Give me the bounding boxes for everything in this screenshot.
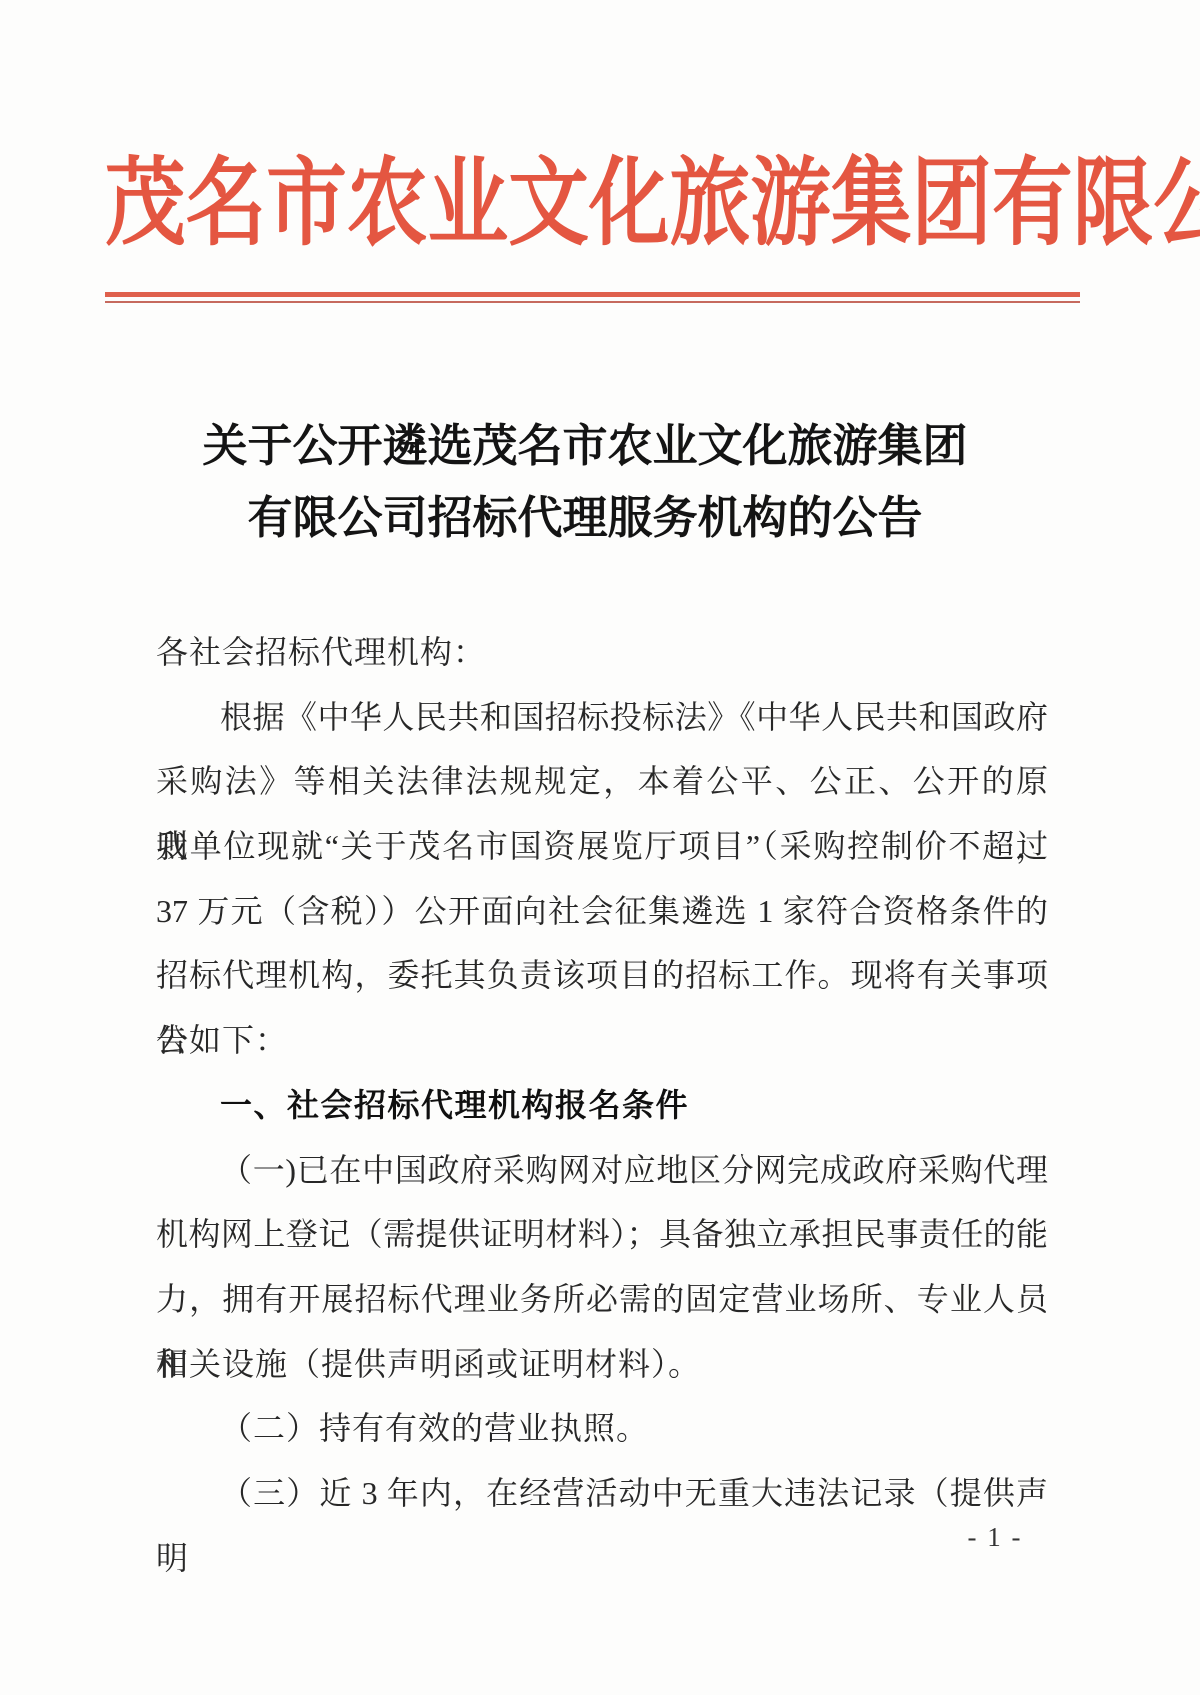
body-line: 招标代理机构，委托其负责该项目的招标工作。现将有关事项公 xyxy=(156,943,1048,1008)
body-line: 机构网上登记（需提供证明材料）；具备独立承担民事责任的能 xyxy=(156,1202,1048,1267)
page-number: - 1 - xyxy=(940,1522,1050,1553)
body-line: 37 万元（含税））公开面向社会征集遴选 1 家符合资格条件的 xyxy=(156,879,1048,944)
letterhead-rule-thick xyxy=(105,292,1080,297)
body-line: （三）近 3 年内，在经营活动中无重大违法记录（提供声明 xyxy=(156,1461,1048,1526)
title-line-1: 关于公开遴选茂名市农业文化旅游集团 xyxy=(0,410,1170,482)
body-line: （二）持有有效的营业执照。 xyxy=(156,1396,1048,1461)
body-line: 我单位现就“关于茂名市国资展览厅项目”（采购控制价不超过 xyxy=(156,814,1048,879)
body-line: （一)已在中国政府采购网对应地区分网完成政府采购代理 xyxy=(156,1138,1048,1203)
salutation-line: 各社会招标代理机构： xyxy=(156,620,1048,685)
body-line: 根据《中华人民共和国招标投标法》《中华人民共和国政府 xyxy=(156,685,1048,750)
letterhead-rule-thin xyxy=(105,301,1080,303)
section-heading: 一、社会招标代理机构报名条件 xyxy=(156,1073,1048,1138)
body-line: 力，拥有开展招标代理业务所必需的固定营业场所、专业人员和 xyxy=(156,1267,1048,1332)
title-line-2: 有限公司招标代理服务机构的公告 xyxy=(0,482,1170,554)
document-page: 茂名市农业文化旅游集团有限公司 关于公开遴选茂名市农业文化旅游集团 有限公司招标… xyxy=(0,0,1200,1695)
letterhead: 茂名市农业文化旅游集团有限公司 xyxy=(105,148,1085,260)
document-body: 各社会招标代理机构： 根据《中华人民共和国招标投标法》《中华人民共和国政府 采购… xyxy=(156,620,1048,1526)
body-line: 相关设施（提供声明函或证明材料）。 xyxy=(156,1332,1048,1397)
body-line: 采购法》等相关法律法规规定，本着公平、公正、公开的原则， xyxy=(156,749,1048,814)
document-title: 关于公开遴选茂名市农业文化旅游集团 有限公司招标代理服务机构的公告 xyxy=(0,410,1170,554)
company-name: 茂名市农业文化旅游集团有限公司 xyxy=(105,148,1200,260)
body-line: 告如下： xyxy=(156,1008,1048,1073)
